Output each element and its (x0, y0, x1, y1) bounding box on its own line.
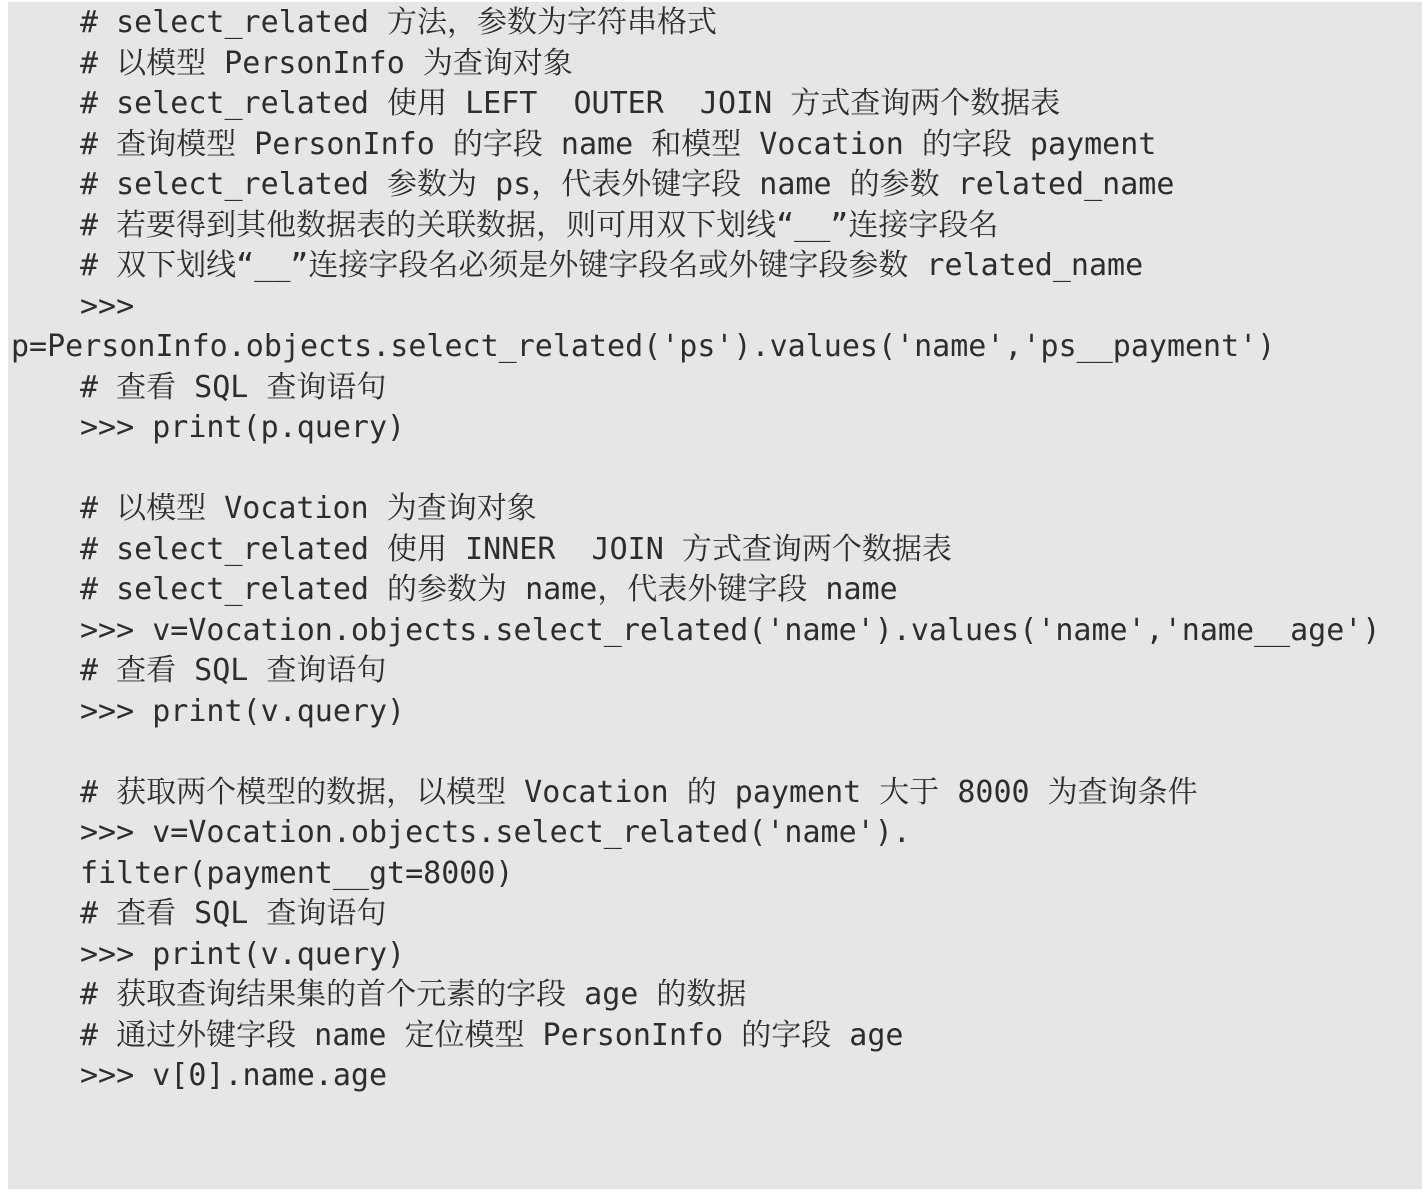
code-line: # 查看 SQL 查询语句 (8, 651, 1422, 692)
code-line: # 查看 SQL 查询语句 (8, 368, 1422, 409)
code-line: # select_related 使用 LEFT OUTER JOIN 方式查询… (8, 84, 1422, 125)
code-line: # select_related 参数为 ps，代表外键字段 name 的参数 … (8, 165, 1422, 206)
code-line: >>> v=Vocation.objects.select_related('n… (8, 611, 1422, 652)
code-line: # 获取两个模型的数据，以模型 Vocation 的 payment 大于 80… (8, 773, 1422, 814)
code-line: # select_related 方法，参数为字符串格式 (8, 3, 1422, 44)
code-line: # 查询模型 PersonInfo 的字段 name 和模型 Vocation … (8, 125, 1422, 166)
scanned-book-page: # select_related 方法，参数为字符串格式# 以模型 Person… (0, 0, 1422, 1201)
code-line: >>> print(v.query) (8, 935, 1422, 976)
code-line: >>> v[0].name.age (8, 1056, 1422, 1097)
code-line: # 以模型 Vocation 为查询对象 (8, 489, 1422, 530)
code-line: # 获取查询结果集的首个元素的字段 age 的数据 (8, 975, 1422, 1016)
code-line: # 若要得到其他数据表的关联数据，则可用双下划线“__”连接字段名 (8, 206, 1422, 247)
code-listing-panel: # select_related 方法，参数为字符串格式# 以模型 Person… (8, 2, 1422, 1189)
code-line: # select_related 使用 INNER JOIN 方式查询两个数据表 (8, 530, 1422, 571)
code-line: >>> print(v.query) (8, 692, 1422, 733)
code-line: >>> print(p.query) (8, 408, 1422, 449)
code-line: # 以模型 PersonInfo 为查询对象 (8, 44, 1422, 85)
code-line-blank (8, 449, 1422, 490)
code-line: p=PersonInfo.objects.select_related('ps'… (8, 327, 1422, 368)
code-line: # 查看 SQL 查询语句 (8, 894, 1422, 935)
code-line: # 双下划线“__”连接字段名必须是外键字段名或外键字段参数 related_n… (8, 246, 1422, 287)
code-line: filter(payment__gt=8000) (8, 854, 1422, 895)
code-line: >>> v=Vocation.objects.select_related('n… (8, 813, 1422, 854)
code-line: >>> (8, 287, 1422, 328)
code-line: # 通过外键字段 name 定位模型 PersonInfo 的字段 age (8, 1016, 1422, 1057)
code-line-blank (8, 732, 1422, 773)
code-line: # select_related 的参数为 name，代表外键字段 name (8, 570, 1422, 611)
